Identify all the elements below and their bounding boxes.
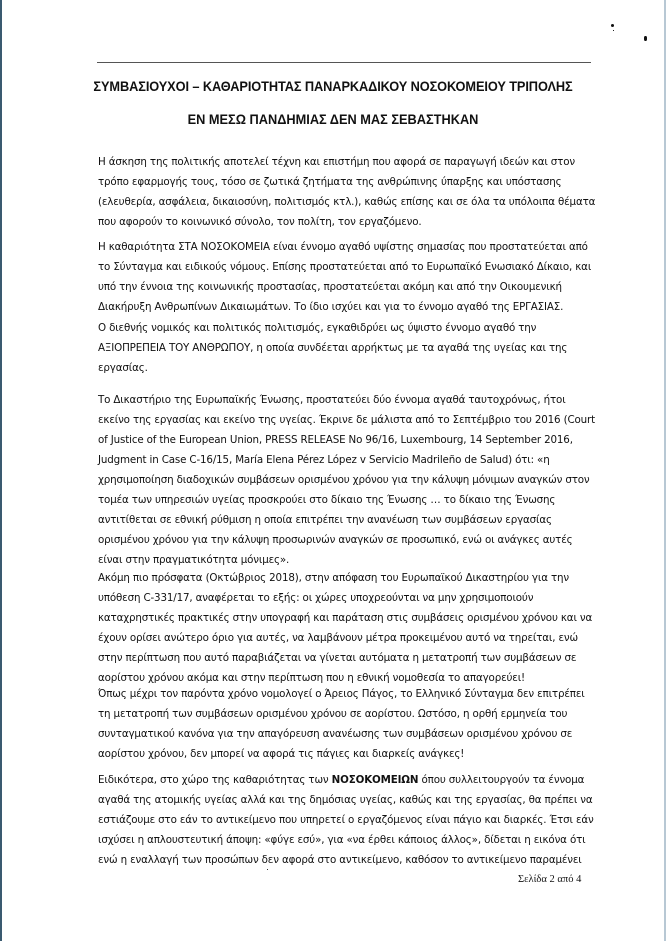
document-subtitle: ΕΝ ΜΕΣΩ ΠΑΝΔΗΜΙΑΣ ΔΕΝ ΜΑΣ ΣΕΒΑΣΤΗΚΑΝ: [20, 112, 646, 127]
text-line: αντιτίθεται σε εθνική ρύθμιση η οποία επ…: [98, 510, 608, 530]
text-line: Διακήρυξη Ανθρωπίνων Δικαιωμάτων. Το ίδι…: [98, 297, 608, 317]
scan-speck: [267, 869, 268, 870]
text-line: of Justice of the European Union, PRESS …: [98, 430, 608, 450]
scan-speck: [613, 30, 614, 31]
text-line: τη μετατροπή των συμβάσεων ορισμένου χρό…: [98, 704, 608, 724]
text-line: Judgment in Case C-16/15, María Elena Pé…: [98, 450, 608, 470]
text-line: εργασίας.: [98, 358, 608, 378]
text-line: στην περίπτωση που αυτό παραβιάζεται να …: [98, 648, 608, 668]
text-line: χρησιμοποίηση διαδοχικών συμβάσεων ορισμ…: [98, 470, 608, 490]
scan-edge-left: [0, 0, 2, 941]
paragraph-human-dignity: Ο διεθνής νομικός και πολιτικός πολιτισμ…: [98, 318, 608, 378]
text-line: ορισμένου χρόνου για την κάλυψη προσωριν…: [98, 530, 608, 550]
text-line: αορίστου χρόνου, δεν μπορεί να αφορά τις…: [98, 744, 608, 764]
text-line: που αφορούν το κοινωνικό σύνολο, τον πολ…: [98, 212, 608, 232]
paragraph-hospitals-specifically: Ειδικότερα, στο χώρο της καθαριότητας τω…: [98, 770, 608, 870]
header-rule: [97, 62, 591, 63]
paragraph-case-c331: Ακόμη πιο πρόσφατα (Οκτώβριος 2018), στη…: [98, 568, 608, 688]
text-line: Η άσκηση της πολιτικής αποτελεί τέχνη κα…: [98, 152, 608, 172]
document-page: ΣΥΜΒΑΣΙΟΥΧΟΙ – ΚΑΘΑΡΙΟΤΗΤΑΣ ΠΑΝΑΡΚΑΔΙΚΟΥ…: [0, 0, 666, 941]
text-line: εκείνο της εργασίας και εκείνο της υγεία…: [98, 410, 608, 430]
text-line: ΑΞΙΟΠΡΕΠΕΙΑ ΤΟΥ ΑΝΘΡΩΠΟΥ, η οποία συνδέε…: [98, 338, 608, 358]
text-line: υπό την έννοια της κοινωνικής προστασίας…: [98, 277, 608, 297]
text-line: Ο διεθνής νομικός και πολιτικός πολιτισμ…: [98, 318, 608, 338]
text-line: το Σύνταγμα και ειδικούς νόμους. Επίσης …: [98, 257, 608, 277]
paragraph-eu-court: Το Δικαστήριο της Ευρωπαϊκής Ένωσης, προ…: [98, 390, 608, 570]
text-line: αγαθά της ατομικής υγείας αλλά και της δ…: [98, 790, 608, 810]
text-line: Η καθαριότητα ΣΤΑ ΝΟΣΟΚΟΜΕΙΑ είναι έννομ…: [98, 237, 608, 257]
document-title: ΣΥΜΒΑΣΙΟΥΧΟΙ – ΚΑΘΑΡΙΟΤΗΤΑΣ ΠΑΝΑΡΚΑΔΙΚΟΥ…: [20, 79, 646, 94]
text-line: είναι στην πραγματικότητα μόνιμες».: [98, 550, 608, 570]
bold-term: ΝΟΣΟΚΟΜΕΙΩΝ: [332, 774, 419, 786]
text-line: ισχύσει η απλουστευτική άποψη: «φύγε εσύ…: [98, 830, 608, 850]
text-line: έχουν ορίσει ανώτερο όριο για αυτές, να …: [98, 628, 608, 648]
text-segment: όπου συλλειτουργούν τα έννομα: [418, 774, 584, 786]
scan-speck: [644, 36, 647, 41]
text-line: Ειδικότερα, στο χώρο της καθαριότητας τω…: [98, 770, 608, 790]
page-number: Σελίδα 2 από 4: [518, 874, 581, 885]
text-line: (ελευθερία, ασφάλεια, δικαιοσύνη, πολιτι…: [98, 192, 608, 212]
text-segment: Ειδικότερα, στο χώρο της καθαριότητας τω…: [98, 774, 332, 786]
text-line: καταχρηστικές πρακτικές στην υπογραφή κα…: [98, 608, 608, 628]
text-line: συνταγματικού κανόνα για την απαγόρευση …: [98, 724, 608, 744]
paragraph-politics: Η άσκηση της πολιτικής αποτελεί τέχνη κα…: [98, 152, 608, 232]
scan-speck: [611, 24, 614, 27]
paragraph-areios-pagos: Όπως μέχρι τον παρόντα χρόνο νομολογεί ο…: [98, 684, 608, 764]
text-line: τομέα των υπηρεσιών υγείας προσκρούει στ…: [98, 490, 608, 510]
text-line: Ακόμη πιο πρόσφατα (Οκτώβριος 2018), στη…: [98, 568, 608, 588]
text-line: Το Δικαστήριο της Ευρωπαϊκής Ένωσης, προ…: [98, 390, 608, 410]
text-line: τρόπο εφαρμογής τους, τόσο σε ζωτικά ζητ…: [98, 172, 608, 192]
text-line: εστιάζουμε στο εάν το αντικείμενο που υπ…: [98, 810, 608, 830]
text-line: υπόθεση C-331/17, αναφέρεται το εξής: οι…: [98, 588, 608, 608]
paragraph-hospital-cleaning: Η καθαριότητα ΣΤΑ ΝΟΣΟΚΟΜΕΙΑ είναι έννομ…: [98, 237, 608, 317]
text-line: ενώ η εναλλαγή των προσώπων δεν αφορά στ…: [98, 850, 608, 870]
text-line: Όπως μέχρι τον παρόντα χρόνο νομολογεί ο…: [98, 684, 608, 704]
